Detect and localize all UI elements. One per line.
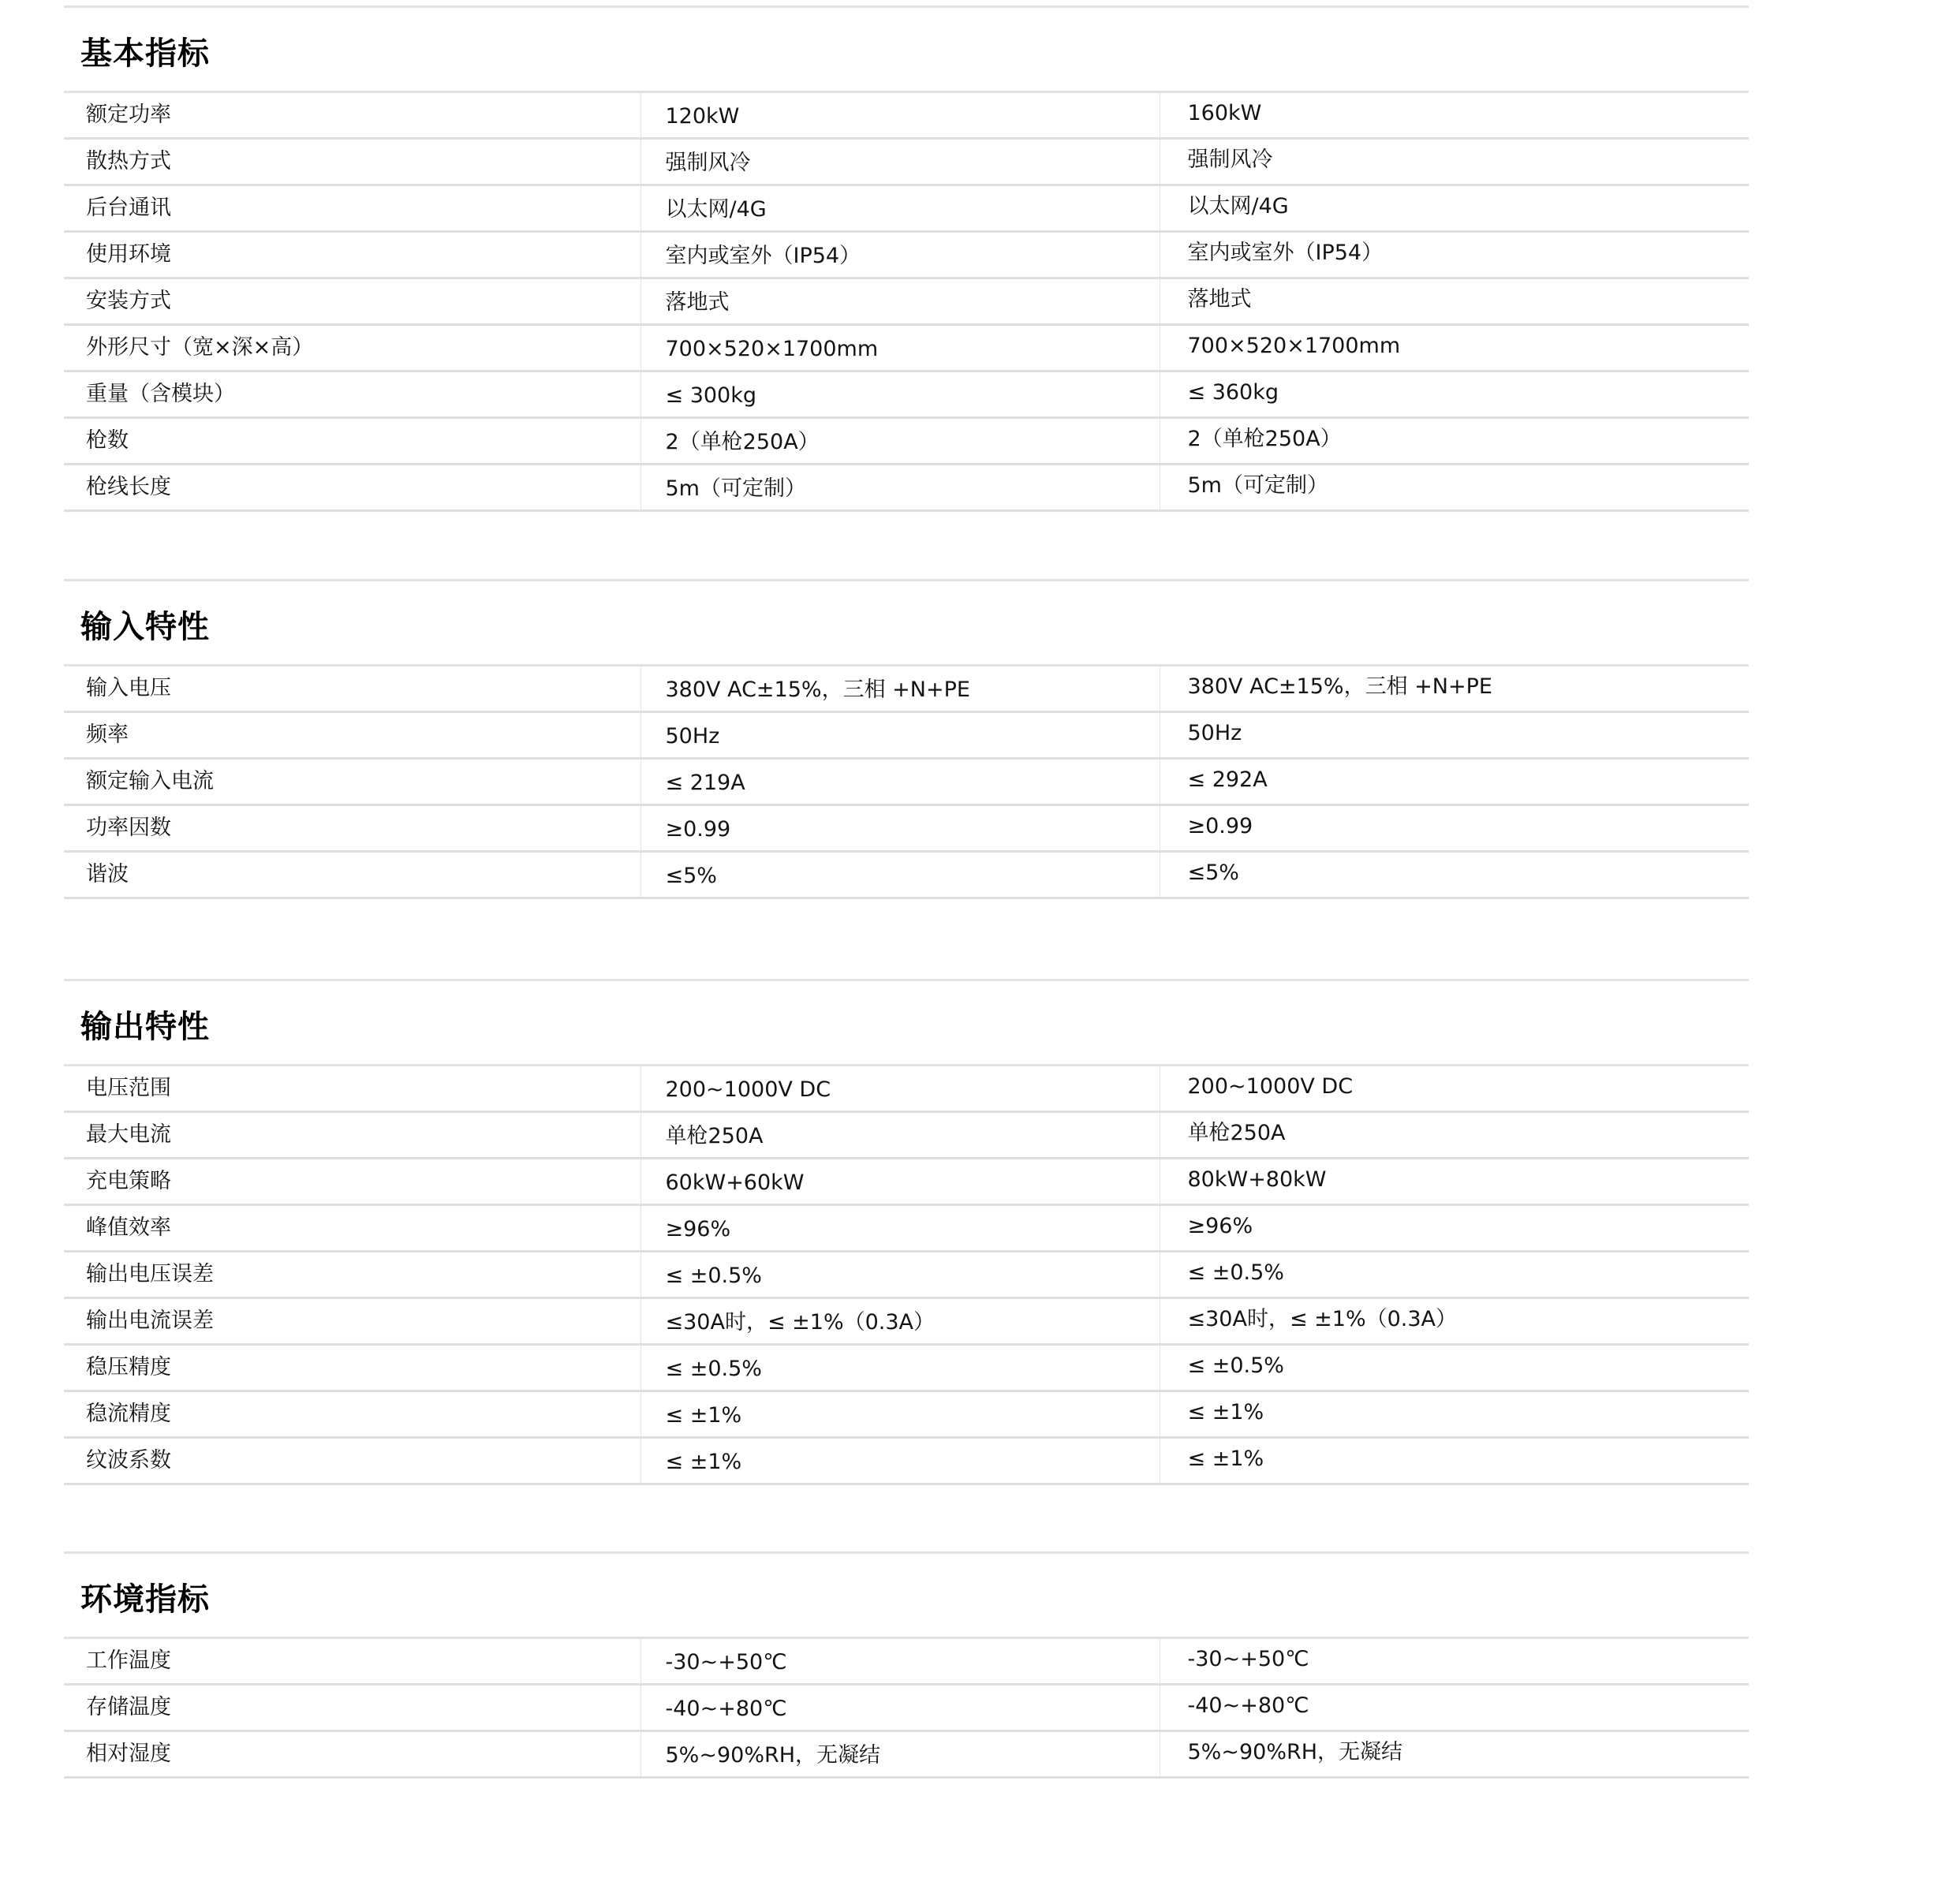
value-model-1: ≥96% xyxy=(641,1205,1160,1252)
row-label: 输出电流误差 xyxy=(64,1298,641,1345)
table-row: 峰值效率≥96%≥96% xyxy=(64,1205,1749,1252)
table-row: 稳流精度≤ ±1%≤ ±1% xyxy=(64,1391,1749,1438)
row-label: 散热方式 xyxy=(64,139,641,185)
row-label: 功率因数 xyxy=(64,805,641,852)
value-model-2: 80kW+80kW xyxy=(1160,1159,1749,1205)
row-label: 相对湿度 xyxy=(64,1731,641,1778)
row-label: 稳流精度 xyxy=(64,1391,641,1438)
value-model-2: 380V AC±15%，三相 +N+PE xyxy=(1160,666,1749,712)
value-model-1: 50Hz xyxy=(641,712,1160,759)
section-environment-specs: 环境指标 工作温度-30~+50℃-30~+50℃ 存储温度-40~+80℃-4… xyxy=(64,1551,1749,1779)
row-label: 枪数 xyxy=(64,418,641,465)
value-model-1: 5m（可定制） xyxy=(641,465,1160,511)
value-model-2: ≤ ±1% xyxy=(1160,1438,1749,1484)
table-row: 频率50Hz50Hz xyxy=(64,712,1749,759)
value-model-1: 单枪250A xyxy=(641,1112,1160,1159)
row-label: 外形尺寸（宽×深×高） xyxy=(64,325,641,371)
table-row: 输入电压380V AC±15%，三相 +N+PE380V AC±15%，三相 +… xyxy=(64,666,1749,712)
row-label: 纹波系数 xyxy=(64,1438,641,1484)
table-row: 谐波≤5%≤5% xyxy=(64,852,1749,898)
row-label: 工作温度 xyxy=(64,1638,641,1685)
table-row: 功率因数≥0.99≥0.99 xyxy=(64,805,1749,852)
table-row: 安装方式落地式落地式 xyxy=(64,278,1749,325)
table-row: 枪线长度5m（可定制）5m（可定制） xyxy=(64,465,1749,511)
section-output-specs: 输出特性 电压范围200~1000V DC200~1000V DC 最大电流单枪… xyxy=(64,979,1749,1485)
table-row: 后台通讯以太网/4G以太网/4G xyxy=(64,185,1749,232)
table-row: 稳压精度≤ ±0.5%≤ ±0.5% xyxy=(64,1345,1749,1391)
table-row: 存储温度-40~+80℃-40~+80℃ xyxy=(64,1685,1749,1731)
value-model-1: ≤ ±0.5% xyxy=(641,1345,1160,1391)
section-header: 基本指标 xyxy=(64,6,1749,91)
value-model-2: -30~+50℃ xyxy=(1160,1638,1749,1685)
value-model-1: ≤5% xyxy=(641,852,1160,898)
value-model-2: ≤ ±1% xyxy=(1160,1391,1749,1438)
row-label: 使用环境 xyxy=(64,232,641,278)
value-model-1: 落地式 xyxy=(641,278,1160,325)
table-row: 额定输入电流≤ 219A≤ 292A xyxy=(64,759,1749,805)
value-model-1: 2（单枪250A） xyxy=(641,418,1160,465)
value-model-1: -30~+50℃ xyxy=(641,1638,1160,1685)
value-model-2: ≤ 360kg xyxy=(1160,371,1749,418)
section-header: 输入特性 xyxy=(64,579,1749,664)
row-label: 输出电压误差 xyxy=(64,1252,641,1298)
value-model-1: ≤ 300kg xyxy=(641,371,1160,418)
value-model-2: ≥96% xyxy=(1160,1205,1749,1252)
value-model-2: ≤5% xyxy=(1160,852,1749,898)
value-model-2: ≤ ±0.5% xyxy=(1160,1252,1749,1298)
value-model-2: ≥0.99 xyxy=(1160,805,1749,852)
value-model-2: ≤ ±0.5% xyxy=(1160,1345,1749,1391)
table-row: 额定功率120kW160kW xyxy=(64,92,1749,139)
table-row: 重量（含模块）≤ 300kg≤ 360kg xyxy=(64,371,1749,418)
table-row: 散热方式强制风冷强制风冷 xyxy=(64,139,1749,185)
value-model-2: 200~1000V DC xyxy=(1160,1066,1749,1112)
value-model-2: 落地式 xyxy=(1160,278,1749,325)
value-model-2: 50Hz xyxy=(1160,712,1749,759)
value-model-1: ≤ ±0.5% xyxy=(641,1252,1160,1298)
value-model-2: 强制风冷 xyxy=(1160,139,1749,185)
value-model-1: ≤30A时，≤ ±1%（0.3A） xyxy=(641,1298,1160,1345)
section-input-specs: 输入特性 输入电压380V AC±15%，三相 +N+PE380V AC±15%… xyxy=(64,579,1749,899)
row-label: 存储温度 xyxy=(64,1685,641,1731)
value-model-1: 60kW+60kW xyxy=(641,1159,1160,1205)
row-label: 额定输入电流 xyxy=(64,759,641,805)
row-label: 稳压精度 xyxy=(64,1345,641,1391)
section-title: 基本指标 xyxy=(80,28,210,73)
section-header: 输出特性 xyxy=(64,979,1749,1064)
value-model-2: ≤ 292A xyxy=(1160,759,1749,805)
row-label: 谐波 xyxy=(64,852,641,898)
value-model-2: 5%~90%RH，无凝结 xyxy=(1160,1731,1749,1778)
value-model-2: 室内或室外（IP54） xyxy=(1160,232,1749,278)
value-model-1: 380V AC±15%，三相 +N+PE xyxy=(641,666,1160,712)
value-model-2: ≤30A时，≤ ±1%（0.3A） xyxy=(1160,1298,1749,1345)
value-model-1: 700×520×1700mm xyxy=(641,325,1160,371)
row-label: 安装方式 xyxy=(64,278,641,325)
value-model-1: ≤ 219A xyxy=(641,759,1160,805)
value-model-1: 200~1000V DC xyxy=(641,1066,1160,1112)
row-label: 额定功率 xyxy=(64,92,641,139)
row-label: 频率 xyxy=(64,712,641,759)
table-row: 工作温度-30~+50℃-30~+50℃ xyxy=(64,1638,1749,1685)
section-header: 环境指标 xyxy=(64,1551,1749,1637)
table-row: 输出电压误差≤ ±0.5%≤ ±0.5% xyxy=(64,1252,1749,1298)
table-row: 使用环境室内或室外（IP54）室内或室外（IP54） xyxy=(64,232,1749,278)
value-model-1: ≥0.99 xyxy=(641,805,1160,852)
row-label: 电压范围 xyxy=(64,1066,641,1112)
value-model-2: 2（单枪250A） xyxy=(1160,418,1749,465)
value-model-1: ≤ ±1% xyxy=(641,1391,1160,1438)
table-row: 相对湿度5%~90%RH，无凝结5%~90%RH，无凝结 xyxy=(64,1731,1749,1778)
row-label: 输入电压 xyxy=(64,666,641,712)
row-label: 峰值效率 xyxy=(64,1205,641,1252)
section-title: 输出特性 xyxy=(80,1002,210,1047)
table-row: 最大电流单枪250A单枪250A xyxy=(64,1112,1749,1159)
value-model-1: 5%~90%RH，无凝结 xyxy=(641,1731,1160,1778)
spec-table-environment: 工作温度-30~+50℃-30~+50℃ 存储温度-40~+80℃-40~+80… xyxy=(64,1637,1749,1779)
value-model-2: -40~+80℃ xyxy=(1160,1685,1749,1731)
table-row: 电压范围200~1000V DC200~1000V DC xyxy=(64,1066,1749,1112)
value-model-2: 以太网/4G xyxy=(1160,185,1749,232)
spec-table-input: 输入电压380V AC±15%，三相 +N+PE380V AC±15%，三相 +… xyxy=(64,664,1749,899)
value-model-1: -40~+80℃ xyxy=(641,1685,1160,1731)
table-row: 枪数2（单枪250A）2（单枪250A） xyxy=(64,418,1749,465)
table-row: 输出电流误差≤30A时，≤ ±1%（0.3A）≤30A时，≤ ±1%（0.3A） xyxy=(64,1298,1749,1345)
row-label: 后台通讯 xyxy=(64,185,641,232)
value-model-1: 120kW xyxy=(641,92,1160,139)
row-label: 枪线长度 xyxy=(64,465,641,511)
table-row: 外形尺寸（宽×深×高）700×520×1700mm700×520×1700mm xyxy=(64,325,1749,371)
table-row: 充电策略60kW+60kW80kW+80kW xyxy=(64,1159,1749,1205)
section-title: 环境指标 xyxy=(80,1574,210,1619)
value-model-1: 室内或室外（IP54） xyxy=(641,232,1160,278)
row-label: 充电策略 xyxy=(64,1159,641,1205)
section-basic-specs: 基本指标 额定功率120kW160kW 散热方式强制风冷强制风冷 后台通讯以太网… xyxy=(64,6,1749,512)
spec-table-basic: 额定功率120kW160kW 散热方式强制风冷强制风冷 后台通讯以太网/4G以太… xyxy=(64,91,1749,512)
value-model-2: 700×520×1700mm xyxy=(1160,325,1749,371)
value-model-1: ≤ ±1% xyxy=(641,1438,1160,1484)
section-title: 输入特性 xyxy=(80,602,210,647)
value-model-2: 单枪250A xyxy=(1160,1112,1749,1159)
value-model-1: 强制风冷 xyxy=(641,139,1160,185)
table-row: 纹波系数≤ ±1%≤ ±1% xyxy=(64,1438,1749,1484)
row-label: 最大电流 xyxy=(64,1112,641,1159)
spec-table-output: 电压范围200~1000V DC200~1000V DC 最大电流单枪250A单… xyxy=(64,1064,1749,1485)
value-model-2: 5m（可定制） xyxy=(1160,465,1749,511)
value-model-2: 160kW xyxy=(1160,92,1749,139)
value-model-1: 以太网/4G xyxy=(641,185,1160,232)
row-label: 重量（含模块） xyxy=(64,371,641,418)
